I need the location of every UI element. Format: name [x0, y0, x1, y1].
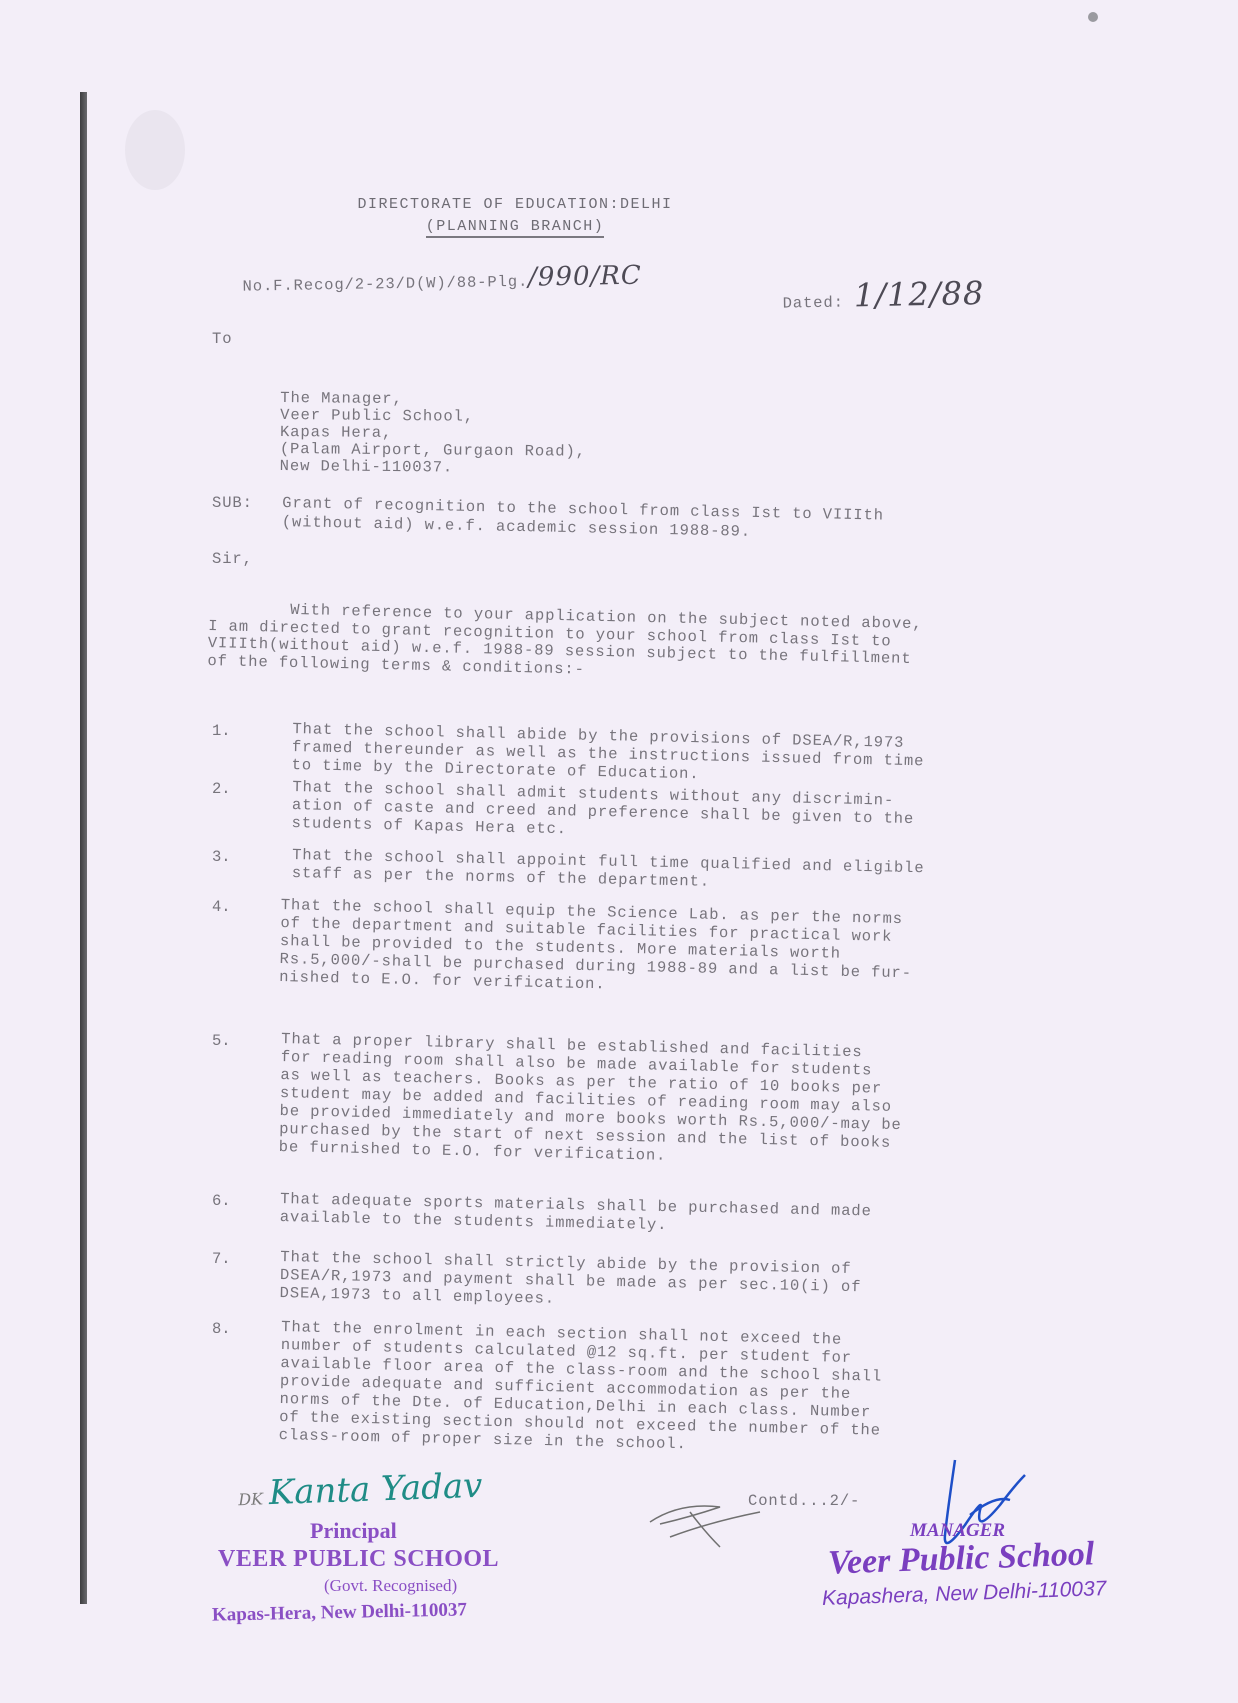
condition-number: 8.: [212, 1320, 231, 1338]
subject-text: Grant of recognition to the school from …: [282, 494, 885, 545]
page-edge-shadow: [80, 92, 87, 1604]
salutation: Sir,: [212, 550, 253, 568]
reference-number: No.F.Recog/2-23/D(W)/88-Plg./990/RC: [222, 249, 642, 296]
dated-label: Dated:: [782, 294, 844, 313]
condition-number: 1.: [212, 722, 231, 740]
department-title: DIRECTORATE OF EDUCATION:DELHI: [145, 196, 885, 214]
stamp-status: (Govt. Recognised): [324, 1576, 457, 1596]
condition-text: That the school shall abide by the provi…: [291, 720, 925, 788]
condition-text: That a proper library shall be establish…: [279, 1030, 904, 1170]
stamp-address-right: Kapashera, New Delhi-110037: [822, 1577, 1107, 1611]
principal-signature: DKKanta Yadav: [237, 1466, 483, 1515]
scan-dot: [1088, 12, 1098, 22]
condition-text: That the school shall equip the Science …: [279, 896, 913, 1000]
condition-number: 2.: [212, 780, 231, 798]
signature-initials: DK: [238, 1489, 263, 1509]
reference-typed: No.F.Recog/2-23/D(W)/88-Plg.: [242, 273, 528, 296]
dated-value: 1/12/88: [854, 274, 985, 314]
condition-text: That the school shall strictly abide by …: [279, 1248, 862, 1314]
stamp-school-name: VEER PUBLIC SCHOOL: [218, 1546, 499, 1573]
dated-line: Dated: 1/12/88: [762, 266, 985, 313]
signature-name: Kanta Yadav: [268, 1466, 483, 1513]
scan-smudge: [125, 110, 185, 190]
branch-title: (PLANNING BRANCH): [145, 218, 885, 236]
condition-number: 6.: [212, 1192, 231, 1210]
addressee-block: The Manager,Veer Public School,Kapas Her…: [280, 390, 587, 478]
to-label: To: [212, 330, 232, 348]
branch-title-text: (PLANNING BRANCH): [426, 218, 605, 238]
stamp-role-principal: Principal: [310, 1518, 397, 1544]
condition-number: 5.: [212, 1032, 231, 1050]
stamp-school-name-right: Veer Public School: [827, 1535, 1095, 1582]
condition-number: 7.: [212, 1250, 231, 1268]
subject-label: SUB:: [212, 494, 253, 512]
intro-paragraph: With reference to your application on th…: [207, 600, 923, 686]
condition-text: That the enrolment in each section shall…: [279, 1318, 884, 1458]
condition-text: That adequate sports materials shall be …: [280, 1190, 872, 1238]
condition-number: 4.: [212, 898, 231, 916]
continuation-note: Contd...2/-: [748, 1492, 860, 1510]
condition-text: That the school shall admit students wit…: [291, 778, 914, 846]
addressee-line: New Delhi-110037.: [280, 458, 586, 478]
condition-text: That the school shall appoint full time …: [292, 846, 925, 895]
stamp-address: Kapas-Hera, New Delhi-110037: [212, 1599, 467, 1626]
reference-handwritten: /990/RC: [528, 261, 642, 293]
condition-number: 3.: [212, 848, 231, 866]
